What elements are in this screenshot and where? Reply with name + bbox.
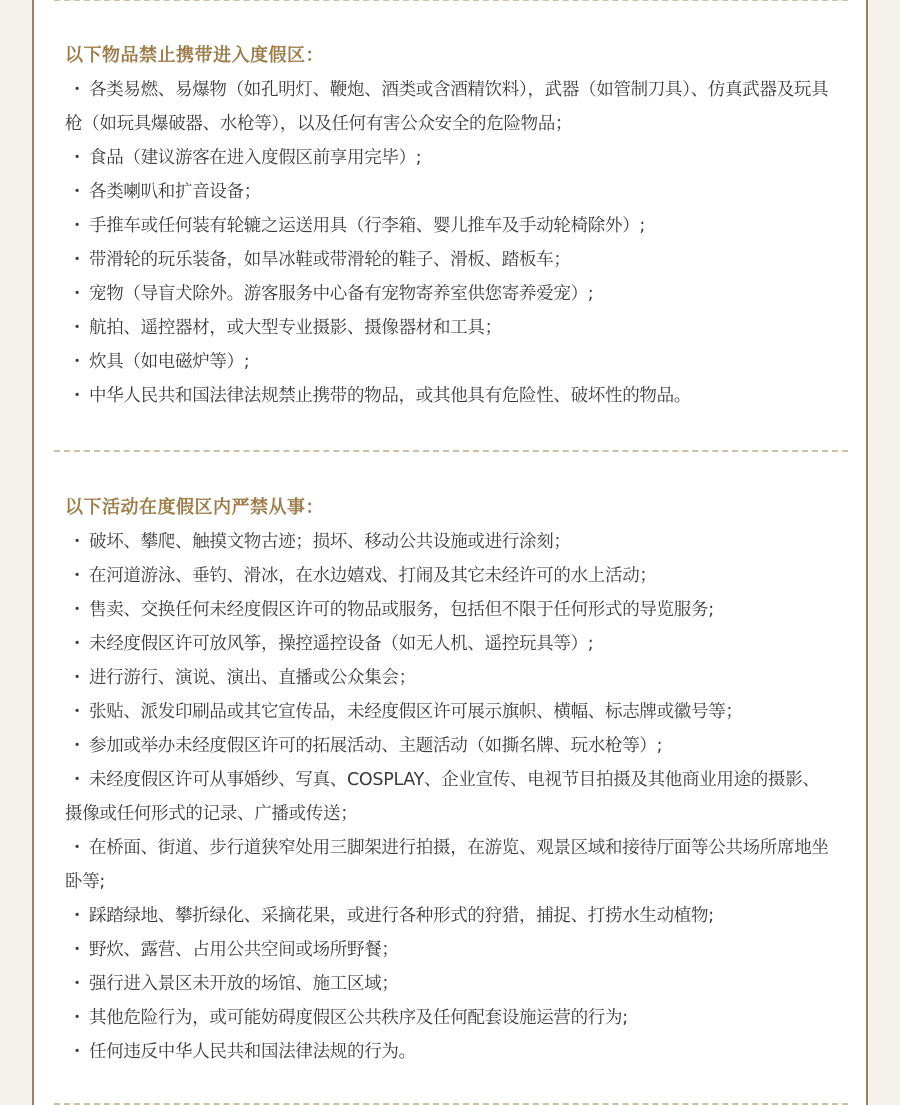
bullet-icon: ・ (65, 899, 89, 933)
list-item-text: 食品（建议游客在进入度假区前享用完毕）; (89, 148, 421, 168)
list-item-text: 其他危险行为，或可能妨碍度假区公共秩序及任何配套设施运营的行为; (89, 1008, 628, 1028)
list-item-text: 任何违反中华人民共和国法律法规的行为。 (89, 1042, 416, 1062)
bullet-icon: ・ (65, 345, 89, 379)
bullet-icon: ・ (65, 559, 89, 593)
list-item: ・航拍、遥控器材，或大型专业摄影、摄像器材和工具； (65, 311, 835, 345)
list-item: ・未经度假区许可从事婚纱、写真、COSPLAY、企业宣传、电视节目拍摄及其他商业… (65, 763, 835, 831)
list-item: ・踩踏绿地、攀折绿化、采摘花果，或进行各种形式的狩猎，捕捉、打捞水生动植物; (65, 899, 835, 933)
bullet-icon: ・ (65, 311, 89, 345)
list-item: ・任何违反中华人民共和国法律法规的行为。 (65, 1035, 835, 1069)
bullet-icon: ・ (65, 525, 89, 559)
bullet-icon: ・ (65, 277, 89, 311)
prohibited-activities-list: ・破坏、攀爬、触摸文物古迹；损坏、移动公共设施或进行涂刻； ・在河道游泳、垂钓、… (65, 525, 835, 1069)
list-item: ・强行进入景区未开放的场馆、施工区域； (65, 967, 835, 1001)
list-item: ・未经度假区许可放风筝，操控遥控设备（如无人机、遥控玩具等）; (65, 627, 835, 661)
list-item: ・野炊、露营、占用公共空间或场所野餐； (65, 933, 835, 967)
list-item: ・各类易燃、易爆物（如孔明灯、鞭炮、酒类或含酒精饮料），武器（如管制刀具）、仿真… (65, 73, 835, 141)
list-item-text: 手推车或任何装有轮辘之运送用具（行李箱、婴儿推车及手动轮椅除外）; (89, 216, 645, 236)
list-item-text: 未经度假区许可放风筝，操控遥控设备（如无人机、遥控玩具等）; (89, 634, 593, 654)
bullet-icon: ・ (65, 695, 89, 729)
list-item-text: 在桥面、街道、步行道狭窄处用三脚架进行拍摄，在游览、观景区域和接待厅面等公共场所… (65, 838, 829, 892)
list-item-text: 强行进入景区未开放的场馆、施工区域； (89, 974, 399, 994)
prohibited-items-section: 以下物品禁止携带进入度假区： ・各类易燃、易爆物（如孔明灯、鞭炮、酒类或含酒精饮… (65, 39, 835, 413)
bullet-icon: ・ (65, 243, 89, 277)
list-item-text: 在河道游泳、垂钓、滑冰，在水边嬉戏、打闹及其它未经许可的水上活动； (89, 566, 657, 586)
bullet-icon: ・ (65, 627, 89, 661)
dashed-divider-middle (54, 450, 848, 452)
list-item: ・在桥面、街道、步行道狭窄处用三脚架进行拍摄，在游览、观景区域和接待厅面等公共场… (65, 831, 835, 899)
bullet-icon: ・ (65, 175, 89, 209)
bullet-icon: ・ (65, 209, 89, 243)
section-title-prohibited-items: 以下物品禁止携带进入度假区： (65, 39, 835, 73)
list-item: ・进行游行、演说、演出、直播或公众集会； (65, 661, 835, 695)
bullet-icon: ・ (65, 763, 89, 797)
prohibited-items-list: ・各类易燃、易爆物（如孔明灯、鞭炮、酒类或含酒精饮料），武器（如管制刀具）、仿真… (65, 73, 835, 413)
bullet-icon: ・ (65, 73, 89, 107)
bullet-icon: ・ (65, 1001, 89, 1035)
list-item: ・中华人民共和国法律法规禁止携带的物品，或其他具有危险性、破坏性的物品。 (65, 379, 835, 413)
list-item-text: 中华人民共和国法律法规禁止携带的物品，或其他具有危险性、破坏性的物品。 (89, 386, 691, 406)
list-item: ・在河道游泳、垂钓、滑冰，在水边嬉戏、打闹及其它未经许可的水上活动； (65, 559, 835, 593)
bullet-icon: ・ (65, 661, 89, 695)
bullet-icon: ・ (65, 831, 89, 865)
bullet-icon: ・ (65, 967, 89, 1001)
list-item-text: 踩踏绿地、攀折绿化、采摘花果，或进行各种形式的狩猎，捕捉、打捞水生动植物; (89, 906, 714, 926)
bullet-icon: ・ (65, 729, 89, 763)
list-item: ・各类喇叭和扩音设备； (65, 175, 835, 209)
bullet-icon: ・ (65, 1035, 89, 1069)
list-item-text: 未经度假区许可从事婚纱、写真、COSPLAY、企业宣传、电视节目拍摄及其他商业用… (65, 770, 820, 824)
list-item-text: 宠物（导盲犬除外。游客服务中心备有宠物寄养室供您寄养爱宠）; (89, 284, 593, 304)
list-item-text: 售卖、交换任何未经度假区许可的物品或服务，包括但不限于任何形式的导览服务; (89, 600, 714, 620)
list-item: ・破坏、攀爬、触摸文物古迹；损坏、移动公共设施或进行涂刻； (65, 525, 835, 559)
list-item-text: 各类喇叭和扩音设备； (89, 182, 261, 202)
list-item-text: 张贴、派发印刷品或其它宣传品，未经度假区许可展示旗帜、横幅、标志牌或徽号等； (89, 702, 743, 722)
list-item: ・参加或举办未经度假区许可的拓展活动、主题活动（如撕名牌、玩水枪等）; (65, 729, 835, 763)
bullet-icon: ・ (65, 141, 89, 175)
section-title-prohibited-activities: 以下活动在度假区内严禁从事： (65, 491, 835, 525)
rules-panel: 以下物品禁止携带进入度假区： ・各类易燃、易爆物（如孔明灯、鞭炮、酒类或含酒精饮… (32, 0, 868, 1105)
list-item: ・带滑轮的玩乐装备，如旱冰鞋或带滑轮的鞋子、滑板、踏板车； (65, 243, 835, 277)
list-item-text: 各类易燃、易爆物（如孔明灯、鞭炮、酒类或含酒精饮料），武器（如管制刀具）、仿真武… (65, 80, 828, 134)
list-item-text: 航拍、遥控器材，或大型专业摄影、摄像器材和工具； (89, 318, 502, 338)
list-item: ・张贴、派发印刷品或其它宣传品，未经度假区许可展示旗帜、横幅、标志牌或徽号等； (65, 695, 835, 729)
list-item: ・食品（建议游客在进入度假区前享用完毕）; (65, 141, 835, 175)
list-item-text: 炊具（如电磁炉等）; (89, 352, 249, 372)
prohibited-activities-section: 以下活动在度假区内严禁从事： ・破坏、攀爬、触摸文物古迹；损坏、移动公共设施或进… (65, 491, 835, 1069)
list-item-text: 破坏、攀爬、触摸文物古迹；损坏、移动公共设施或进行涂刻； (89, 532, 571, 552)
list-item-text: 进行游行、演说、演出、直播或公众集会； (89, 668, 416, 688)
list-item-text: 野炊、露营、占用公共空间或场所野餐； (89, 940, 399, 960)
list-item: ・售卖、交换任何未经度假区许可的物品或服务，包括但不限于任何形式的导览服务; (65, 593, 835, 627)
list-item-text: 参加或举办未经度假区许可的拓展活动、主题活动（如撕名牌、玩水枪等）; (89, 736, 662, 756)
bullet-icon: ・ (65, 593, 89, 627)
bullet-icon: ・ (65, 933, 89, 967)
dashed-divider-top (54, 0, 848, 1)
list-item-text: 带滑轮的玩乐装备，如旱冰鞋或带滑轮的鞋子、滑板、踏板车； (89, 250, 571, 270)
list-item: ・其他危险行为，或可能妨碍度假区公共秩序及任何配套设施运营的行为; (65, 1001, 835, 1035)
list-item: ・炊具（如电磁炉等）; (65, 345, 835, 379)
list-item: ・手推车或任何装有轮辘之运送用具（行李箱、婴儿推车及手动轮椅除外）; (65, 209, 835, 243)
list-item: ・宠物（导盲犬除外。游客服务中心备有宠物寄养室供您寄养爱宠）; (65, 277, 835, 311)
bullet-icon: ・ (65, 379, 89, 413)
